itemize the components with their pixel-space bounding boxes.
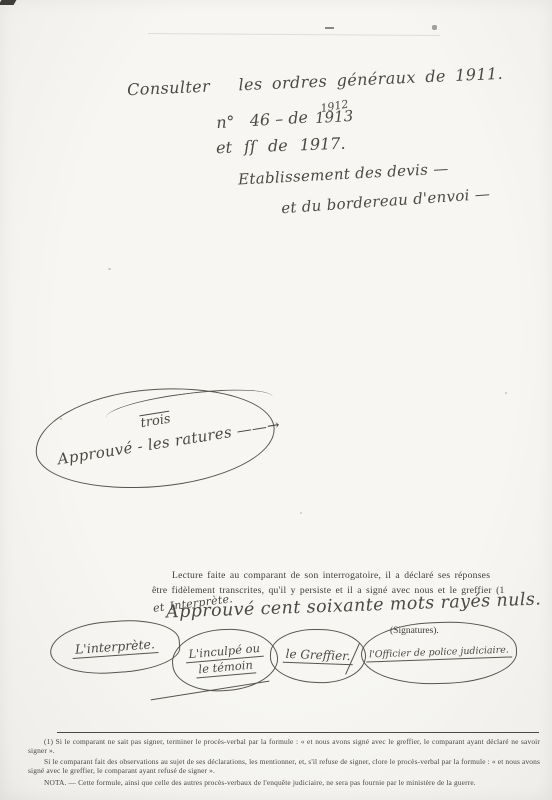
signature-oval-officier: l'Officier de police judiciaire. <box>360 619 518 686</box>
statement-line-1: Lecture faite au comparant de son interr… <box>152 568 508 583</box>
year-correction-stack: 19121913 <box>314 100 354 126</box>
stray-pen-mark <box>432 25 437 30</box>
faint-scratch-line <box>148 33 440 36</box>
footnote-2: Si le comparant fait des observations au… <box>28 757 540 776</box>
stray-pen-mark <box>325 27 334 29</box>
signature-title-interprete: L'interprète. <box>72 636 159 659</box>
annotation-number-prefix: n° 46 – de <box>216 107 314 132</box>
annotation-bordereau: et du bordereau d'envoi — <box>281 185 491 218</box>
footnote-nota: NOTA. — Cette formule, ainsi que celle d… <box>28 778 540 787</box>
inserted-word-trois: trois <box>140 412 172 432</box>
signature-title-officier: l'Officier de police judiciaire. <box>366 644 512 662</box>
paper-speck <box>505 392 507 394</box>
annotation-order-numbers: n° 46 – de 19121913 <box>215 100 353 132</box>
corner-ink-smudge <box>0 0 16 5</box>
paper-speck <box>300 512 302 514</box>
annotation-consulter-orders: Consulter les ordres généraux de 1911. <box>127 64 504 99</box>
scanned-document-page: Consulter les ordres généraux de 1911. n… <box>0 0 552 800</box>
annotation-etablissement: Etablissement des devis — <box>238 160 449 189</box>
paper-speck <box>108 268 111 270</box>
footnotes-block: (1) Si le comparant ne sait pas signer, … <box>28 737 540 788</box>
year-inserted-above: 1912 <box>320 97 359 114</box>
footnote-divider-rule <box>57 732 539 733</box>
signature-oval-interprete: L'interprète. <box>48 617 181 678</box>
signature-oval-inculpe-temoin: L'inculpé ou le témoin <box>169 624 280 695</box>
annotation-et-suivants: et ſſ de 1917. <box>216 134 346 158</box>
footnote-1: (1) Si le comparant ne sait pas signer, … <box>28 737 540 756</box>
signature-title-greffier: le Greffier. <box>282 647 353 665</box>
approval-oval: trois Approuvé - les ratures ——→ <box>31 379 279 498</box>
